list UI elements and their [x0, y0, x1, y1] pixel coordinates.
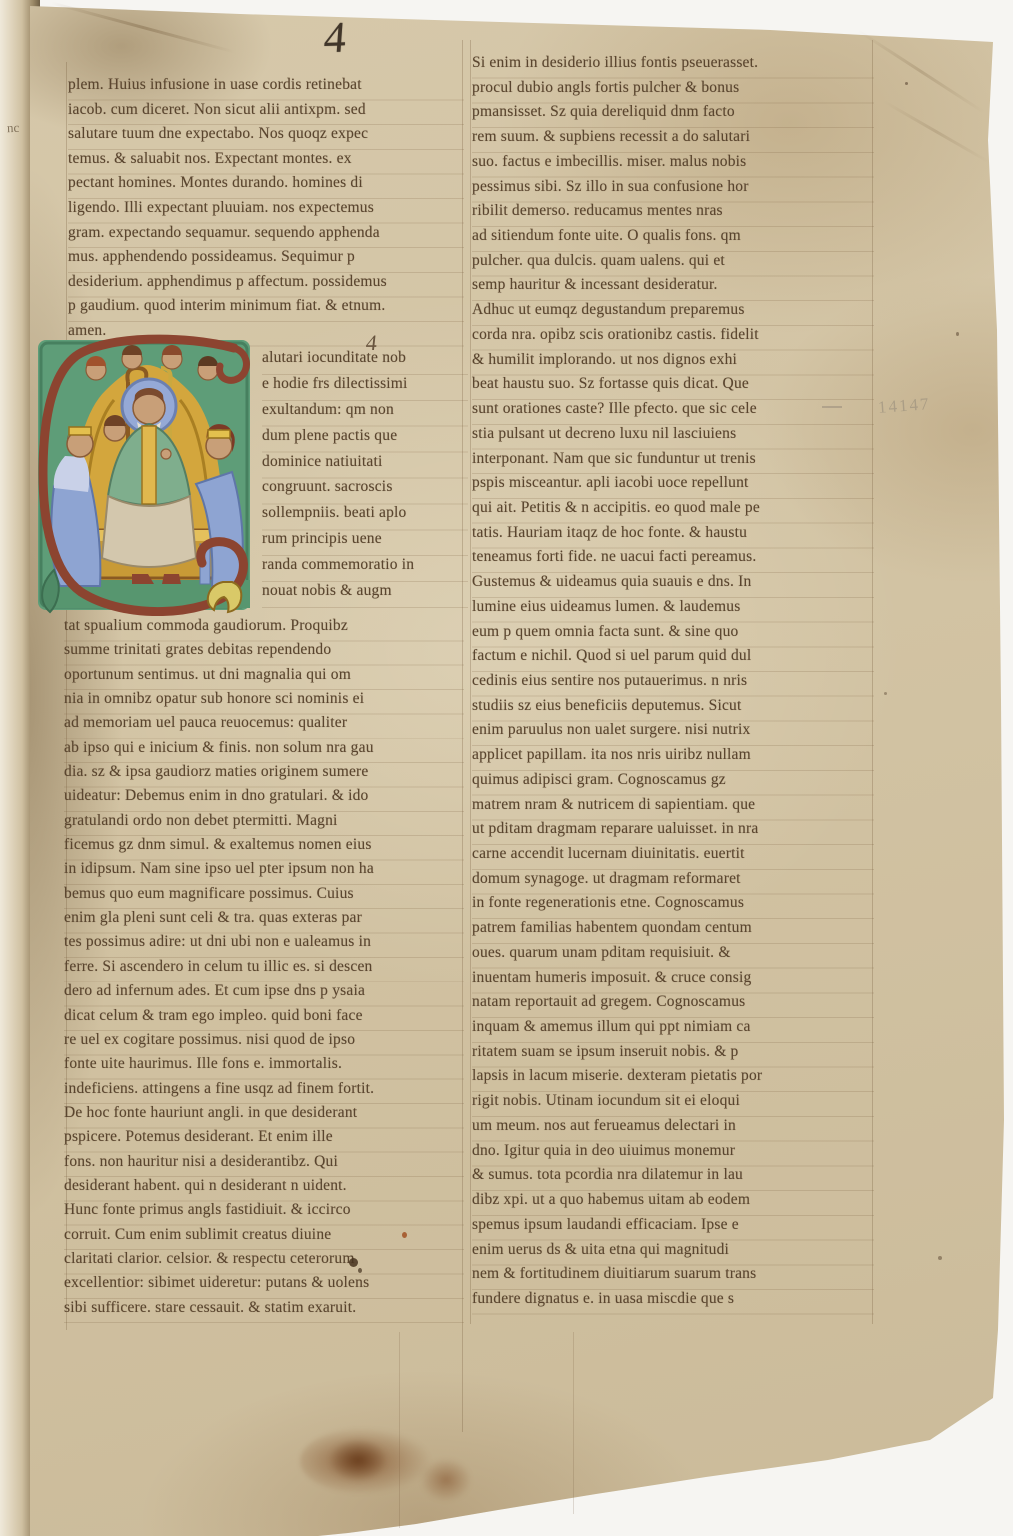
- manuscript-text-line: tatis. Hauriam itaqz de hoc fonte. & hau…: [472, 524, 874, 549]
- manuscript-text-line: quimus adipisci gram. Cognoscamus gz: [472, 771, 874, 796]
- manuscript-text-line: pmansisset. Sz quia dereliquid dnm facto: [472, 103, 874, 128]
- manuscript-text-line: bemus quo eum magnificare possimus. Cuiu…: [64, 885, 464, 909]
- manuscript-text-line: interponant. Nam que sic funduntur ut tr…: [472, 450, 874, 475]
- ruling-line-lower-margin: [399, 1332, 400, 1528]
- manuscript-text-line: nia in omnibz opatur sub honore sci nomi…: [64, 690, 464, 714]
- manuscript-text-line: ad memoriam uel pauca reuocemus: qualite…: [64, 714, 464, 738]
- manuscript-text-line: plem. Huius infusione in uase cordis ret…: [68, 76, 464, 101]
- manuscript-text-line: applicet papillam. ita nos nris uiribz n…: [472, 746, 874, 771]
- left-column-text-beside-initial: alutari iocunditate nobe hodie frs dilec…: [262, 349, 468, 608]
- manuscript-text-line: qui ait. Petitis & n accipitis. eo quod …: [472, 499, 874, 524]
- manuscript-text-line: corda nra. opibz scis orationibz castis.…: [472, 326, 874, 351]
- manuscript-text-line: uideatur: Debemus enim in dno gratulari.…: [64, 787, 464, 811]
- manuscript-text-line: Si enim in desiderio illius fontis pseue…: [472, 54, 874, 79]
- manuscript-text-line: ligendo. Illi expectant pluuiam. nos exp…: [68, 199, 464, 224]
- manuscript-text-line: suo. factus e imbecillis. miser. malus n…: [472, 153, 874, 178]
- manuscript-text-line: patrem familias habentem quondam centum: [472, 919, 874, 944]
- left-column-opening-text: plem. Huius infusione in uase cordis ret…: [68, 76, 464, 347]
- manuscript-text-line: ritatem suam se ipsum inseruit nobis. & …: [472, 1043, 874, 1068]
- manuscript-text-line: dibz xpi. ut a quo habemus uitam ab eode…: [472, 1191, 874, 1216]
- manuscript-text-line: stia pulsant ut decreno luxu nil lasciui…: [472, 425, 874, 450]
- manuscript-text-line: De hoc fonte hauriunt angli. in que desi…: [64, 1104, 464, 1128]
- manuscript-text-line: inuentam humeris imposuit. & cruce consi…: [472, 969, 874, 994]
- manuscript-text-line: procul dubio angls fortis pulcher & bonu…: [472, 79, 874, 104]
- manuscript-text-line: fundere dignatus e. in uasa miscdie que …: [472, 1290, 874, 1315]
- manuscript-text-line: pspis misceantur. apli iacobi uoce repel…: [472, 474, 874, 499]
- historiated-initial-S: [36, 334, 258, 616]
- manuscript-text-line: cedinis eius sentire nos putauerimus. n …: [472, 672, 874, 697]
- manuscript-text-line: enim gla pleni sunt celi & tra. quas ext…: [64, 909, 464, 933]
- right-column-text: Si enim in desiderio illius fontis pseue…: [472, 54, 874, 1315]
- manuscript-text-line: beat haustu suo. Sz fortasse quis dicat.…: [472, 375, 874, 400]
- stain: [328, 1438, 388, 1482]
- manuscript-text-line: ab ipso qui e inicium & finis. non solum…: [64, 739, 464, 763]
- speck: [956, 332, 959, 336]
- manuscript-text-line: randa commemoratio in: [262, 556, 468, 582]
- manuscript-text-line: ficemus gz dnm simul. & exaltemus nomen …: [64, 836, 464, 860]
- manuscript-text-line: desiderant habent. qui n desiderant n ui…: [64, 1177, 464, 1201]
- manuscript-text-line: e hodie frs dilectissimi: [262, 375, 468, 401]
- manuscript-text-line: temus. & saluabit nos. Expectant montes.…: [68, 150, 464, 175]
- manuscript-text-line: domum synagoge. ut dragmam reformaret: [472, 870, 874, 895]
- manuscript-text-line: teneamus forti fide. ne uacui facti pere…: [472, 548, 874, 573]
- manuscript-text-line: matrem nram & nutricem di sapientiam. qu…: [472, 796, 874, 821]
- manuscript-text-line: gram. expectando sequamur. sequendo apph…: [68, 224, 464, 249]
- manuscript-text-line: enim paruulus non ualet surgere. nisi nu…: [472, 721, 874, 746]
- manuscript-text-line: rem suum. & supbiens recessit a do salut…: [472, 128, 874, 153]
- manuscript-text-line: in idipsum. Nam sine ipso uel pter ipsum…: [64, 860, 464, 884]
- manuscript-text-line: excellentior: sibimet uideretur: putans …: [64, 1274, 464, 1298]
- manuscript-text-line: oues. quarum unam pditam requisiuit. &: [472, 944, 874, 969]
- manuscript-text-line: ad sitiendum fonte uite. O qualis fons. …: [472, 227, 874, 252]
- manuscript-text-line: desiderium. apphendimus p affectum. poss…: [68, 273, 464, 298]
- manuscript-text-line: semp hauritur & incessant desideratur.: [472, 276, 874, 301]
- manuscript-text-line: Adhuc ut eumqz degustandum preparemus: [472, 301, 874, 326]
- manuscript-text-line: pectant homines. Montes durando. homines…: [68, 174, 464, 199]
- manuscript-text-line: dero ad infernum ades. Et cum ipse dns p…: [64, 982, 464, 1006]
- manuscript-text-line: oportunum sentimus. ut dni magnalia qui …: [64, 666, 464, 690]
- manuscript-text-line: carne accendit lucernam diuinitatis. eue…: [472, 845, 874, 870]
- rust-speck: [402, 1232, 407, 1238]
- manuscript-text-line: eum p quem omnia facta sunt. & sine quo: [472, 623, 874, 648]
- manuscript-text-line: nem & fortitudinem diuitiarum suarum tra…: [472, 1265, 874, 1290]
- manuscript-text-line: summe trinitati grates debitas rependend…: [64, 641, 464, 665]
- ink-blot: [358, 1268, 362, 1273]
- manuscript-text-line: Hunc fonte primus angls fastidiuit. & ic…: [64, 1201, 464, 1225]
- manuscript-text-line: re uel ex cogitare possimus. nisi quod d…: [64, 1031, 464, 1055]
- ruling-line-lower-margin: [573, 1332, 574, 1514]
- manuscript-text-line: tes possimus adire: ut dni ubi non e ual…: [64, 933, 464, 957]
- manuscript-text-line: dum plene pactis que: [262, 427, 468, 453]
- manuscript-text-line: & humilit implorando. ut nos dignos exhi: [472, 351, 874, 376]
- manuscript-text-line: spemus ipsum laudandi efficaciam. Ipse e: [472, 1216, 874, 1241]
- manuscript-text-line: dia. sz & ipsa gaudiorz maties originem …: [64, 763, 464, 787]
- speck: [884, 692, 887, 695]
- manuscript-text-line: lapsis in lacum miserie. dexteram pietat…: [472, 1067, 874, 1092]
- manuscript-text-line: lumine eius uideamus lumen. & laudemus: [472, 598, 874, 623]
- manuscript-text-line: sunt orationes caste? Ille pfecto. que s…: [472, 400, 874, 425]
- manuscript-text-line: fons. non hauritur nisi a desiderantibz.…: [64, 1153, 464, 1177]
- manuscript-text-line: & sumus. tota pcordia nra dilatemur in l…: [472, 1166, 874, 1191]
- folio-number: 4: [322, 16, 347, 61]
- manuscript-text-line: salutare tuum dne expectabo. Nos quoqz e…: [68, 125, 464, 150]
- speck: [905, 82, 908, 85]
- speck: [938, 1256, 942, 1260]
- manuscript-text-line: Gustemus & uideamus quia suauis e dns. I…: [472, 573, 874, 598]
- manuscript-text-line: nouat nobis & augm: [262, 582, 468, 608]
- manuscript-text-line: pspicere. Potemus desiderant. Et enim il…: [64, 1128, 464, 1152]
- ruling-line-vertical: [470, 40, 471, 1324]
- manuscript-text-line: ut pditam dragmam reparare ualuisset. in…: [472, 820, 874, 845]
- manuscript-text-line: studiis sz eius beneficiis deputemus. Si…: [472, 697, 874, 722]
- manuscript-text-line: sibi sufficere. stare cessauit. & statim…: [64, 1299, 464, 1323]
- manuscript-text-line: ribilit demerso. reducamus mentes nras: [472, 202, 874, 227]
- manuscript-text-line: in fonte regenerationis etne. Cognoscamu…: [472, 894, 874, 919]
- manuscript-text-line: pessimus sibi. Sz illo in sua confusione…: [472, 178, 874, 203]
- left-column-body-text: tat spualium commoda gaudiorum. Proquibz…: [64, 617, 464, 1323]
- manuscript-text-line: mus. apphendendo possideamus. Sequimur p: [68, 248, 464, 273]
- manuscript-text-line: factum e nichil. Quod si uel parum quid …: [472, 647, 874, 672]
- stain: [420, 1458, 472, 1502]
- manuscript-text-line: tat spualium commoda gaudiorum. Proquibz: [64, 617, 464, 641]
- manuscript-text-line: congruunt. sacroscis: [262, 478, 468, 504]
- manuscript-text-line: p gaudium. quod interim minimum fiat. & …: [68, 297, 464, 322]
- manuscript-text-line: claritati clarior. celsior. & respectu c…: [64, 1250, 464, 1274]
- manuscript-text-line: dicat celum & tram ego impleo. quid boni…: [64, 1007, 464, 1031]
- pencil-shelfmark-note: 14147: [877, 394, 931, 418]
- ink-blot: [349, 1258, 358, 1267]
- manuscript-text-line: dominice natiuitati: [262, 453, 468, 479]
- historiated-initial-illustration: [36, 334, 258, 616]
- manuscript-text-line: inquam & amemus illum qui ppt nimiam ca: [472, 1018, 874, 1043]
- manuscript-text-line: enim uerus ds & uita etna qui magnitudi: [472, 1241, 874, 1266]
- manuscript-text-line: exultandum: qm non: [262, 401, 468, 427]
- manuscript-text-line: um meum. nos aut ferueamus delectari in: [472, 1117, 874, 1142]
- manuscript-text-line: dno. Igitur quia in deo uiuimus monemur: [472, 1142, 874, 1167]
- manuscript-text-line: pulcher. qua dulcis. quam ualens. qui et: [472, 252, 874, 277]
- manuscript-text-line: ferre. Si ascendero in celum tu illic es…: [64, 958, 464, 982]
- manuscript-text-line: rum principis uene: [262, 530, 468, 556]
- manuscript-text-line: rigit nobis. Utinam iocundum sit ei eloq…: [472, 1092, 874, 1117]
- manuscript-text-line: indeficiens. attingens a fine usqz ad fi…: [64, 1080, 464, 1104]
- manuscript-text-line: gratulandi ordo non debet ptermitti. Mag…: [64, 812, 464, 836]
- manuscript-text-line: fonte uite haurimus. Ille fons e. immort…: [64, 1055, 464, 1079]
- manuscript-text-line: iacob. cum diceret. Non sicut alii antix…: [68, 101, 464, 126]
- manuscript-text-line: natam reportauit ad gregem. Cognoscamus: [472, 993, 874, 1018]
- gutter-text-fragment: nc: [7, 120, 20, 136]
- manuscript-text-line: alutari iocunditate nob: [262, 349, 468, 375]
- manuscript-text-line: sollempniis. beati aplo: [262, 504, 468, 530]
